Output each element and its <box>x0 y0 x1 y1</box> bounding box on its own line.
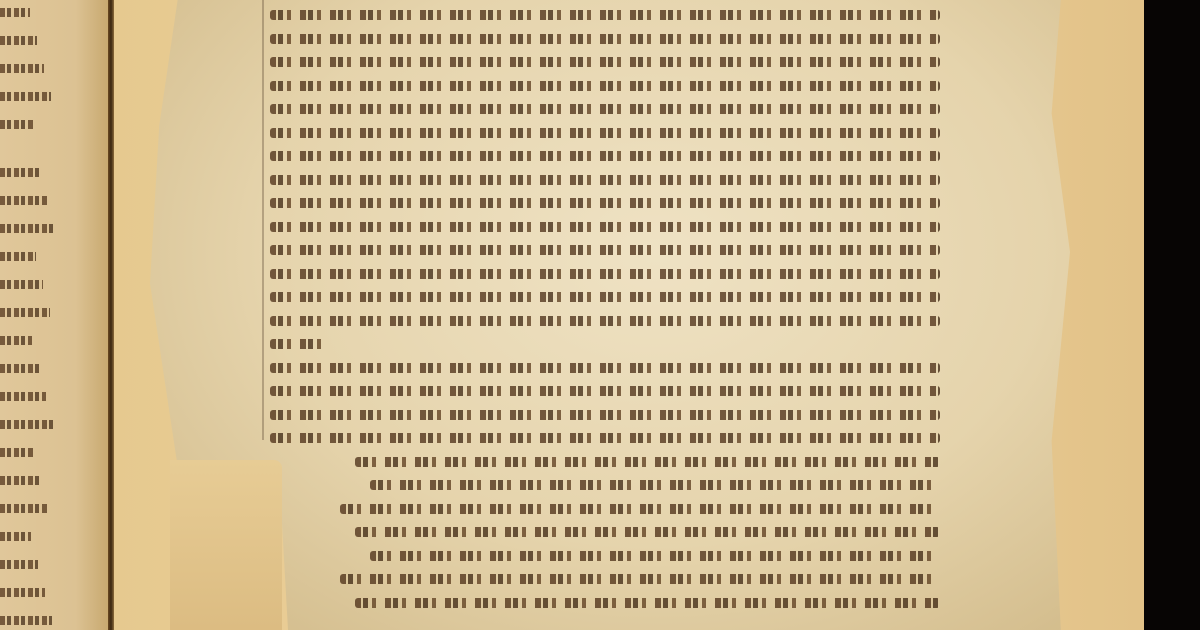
ink-strokes <box>270 316 940 326</box>
ink-strokes <box>340 504 940 514</box>
script-line <box>230 216 970 240</box>
facing-script <box>0 224 54 233</box>
script-line <box>230 263 970 287</box>
facing-script <box>0 196 47 205</box>
facing-script <box>0 504 49 513</box>
script-line <box>230 122 970 146</box>
ink-strokes <box>270 81 940 91</box>
background-edge <box>1144 0 1200 630</box>
ink-strokes <box>270 386 940 396</box>
ink-strokes <box>270 34 940 44</box>
ink-strokes <box>355 457 940 467</box>
ink-strokes <box>270 410 940 420</box>
script-line <box>230 51 970 75</box>
ink-strokes <box>340 574 940 584</box>
facing-script <box>0 120 33 129</box>
facing-script <box>0 560 38 569</box>
ink-strokes <box>270 339 330 349</box>
script-line <box>230 357 970 381</box>
script-line <box>230 169 970 193</box>
ink-strokes <box>270 245 940 255</box>
script-line <box>230 98 970 122</box>
ink-strokes <box>270 57 940 67</box>
script-text-block <box>230 4 970 630</box>
ink-strokes <box>270 151 940 161</box>
facing-script <box>0 448 35 457</box>
script-line <box>230 592 970 616</box>
ink-strokes <box>355 598 940 608</box>
facing-script <box>0 280 43 289</box>
script-line <box>230 4 970 28</box>
ink-strokes <box>355 527 940 537</box>
manuscript-photo <box>0 0 1200 630</box>
facing-script <box>0 92 51 101</box>
facing-script <box>0 308 50 317</box>
script-line <box>230 310 970 334</box>
script-line <box>230 474 970 498</box>
facing-script <box>0 532 31 541</box>
ink-strokes <box>270 292 940 302</box>
facing-script <box>0 476 42 485</box>
ink-strokes <box>270 104 940 114</box>
script-line <box>230 75 970 99</box>
script-line <box>230 239 970 263</box>
ink-strokes <box>270 363 940 373</box>
script-line <box>230 28 970 52</box>
script-line <box>230 545 970 569</box>
script-line <box>230 427 970 451</box>
script-line <box>230 404 970 428</box>
ink-strokes <box>270 269 940 279</box>
script-line <box>230 380 970 404</box>
script-line <box>230 192 970 216</box>
facing-script <box>0 616 52 625</box>
facing-script <box>0 364 39 373</box>
script-line <box>230 145 970 169</box>
facing-script <box>0 8 30 17</box>
script-line <box>230 498 970 522</box>
ink-strokes <box>270 10 940 20</box>
script-line <box>230 521 970 545</box>
script-line <box>230 451 970 475</box>
facing-script <box>0 420 53 429</box>
script-line <box>230 333 970 357</box>
facing-script <box>0 64 44 73</box>
script-line <box>230 568 970 592</box>
ink-strokes <box>370 480 940 490</box>
facing-script <box>0 588 45 597</box>
facing-script <box>0 36 37 45</box>
ink-strokes <box>270 128 940 138</box>
ink-strokes <box>270 222 940 232</box>
script-line <box>230 286 970 310</box>
facing-page <box>0 0 108 630</box>
facing-script <box>0 336 32 345</box>
facing-script <box>0 252 36 261</box>
ink-strokes <box>270 198 940 208</box>
ink-strokes <box>270 433 940 443</box>
ink-strokes <box>270 175 940 185</box>
facing-script <box>0 392 46 401</box>
ink-strokes <box>370 551 940 561</box>
facing-script <box>0 168 40 177</box>
